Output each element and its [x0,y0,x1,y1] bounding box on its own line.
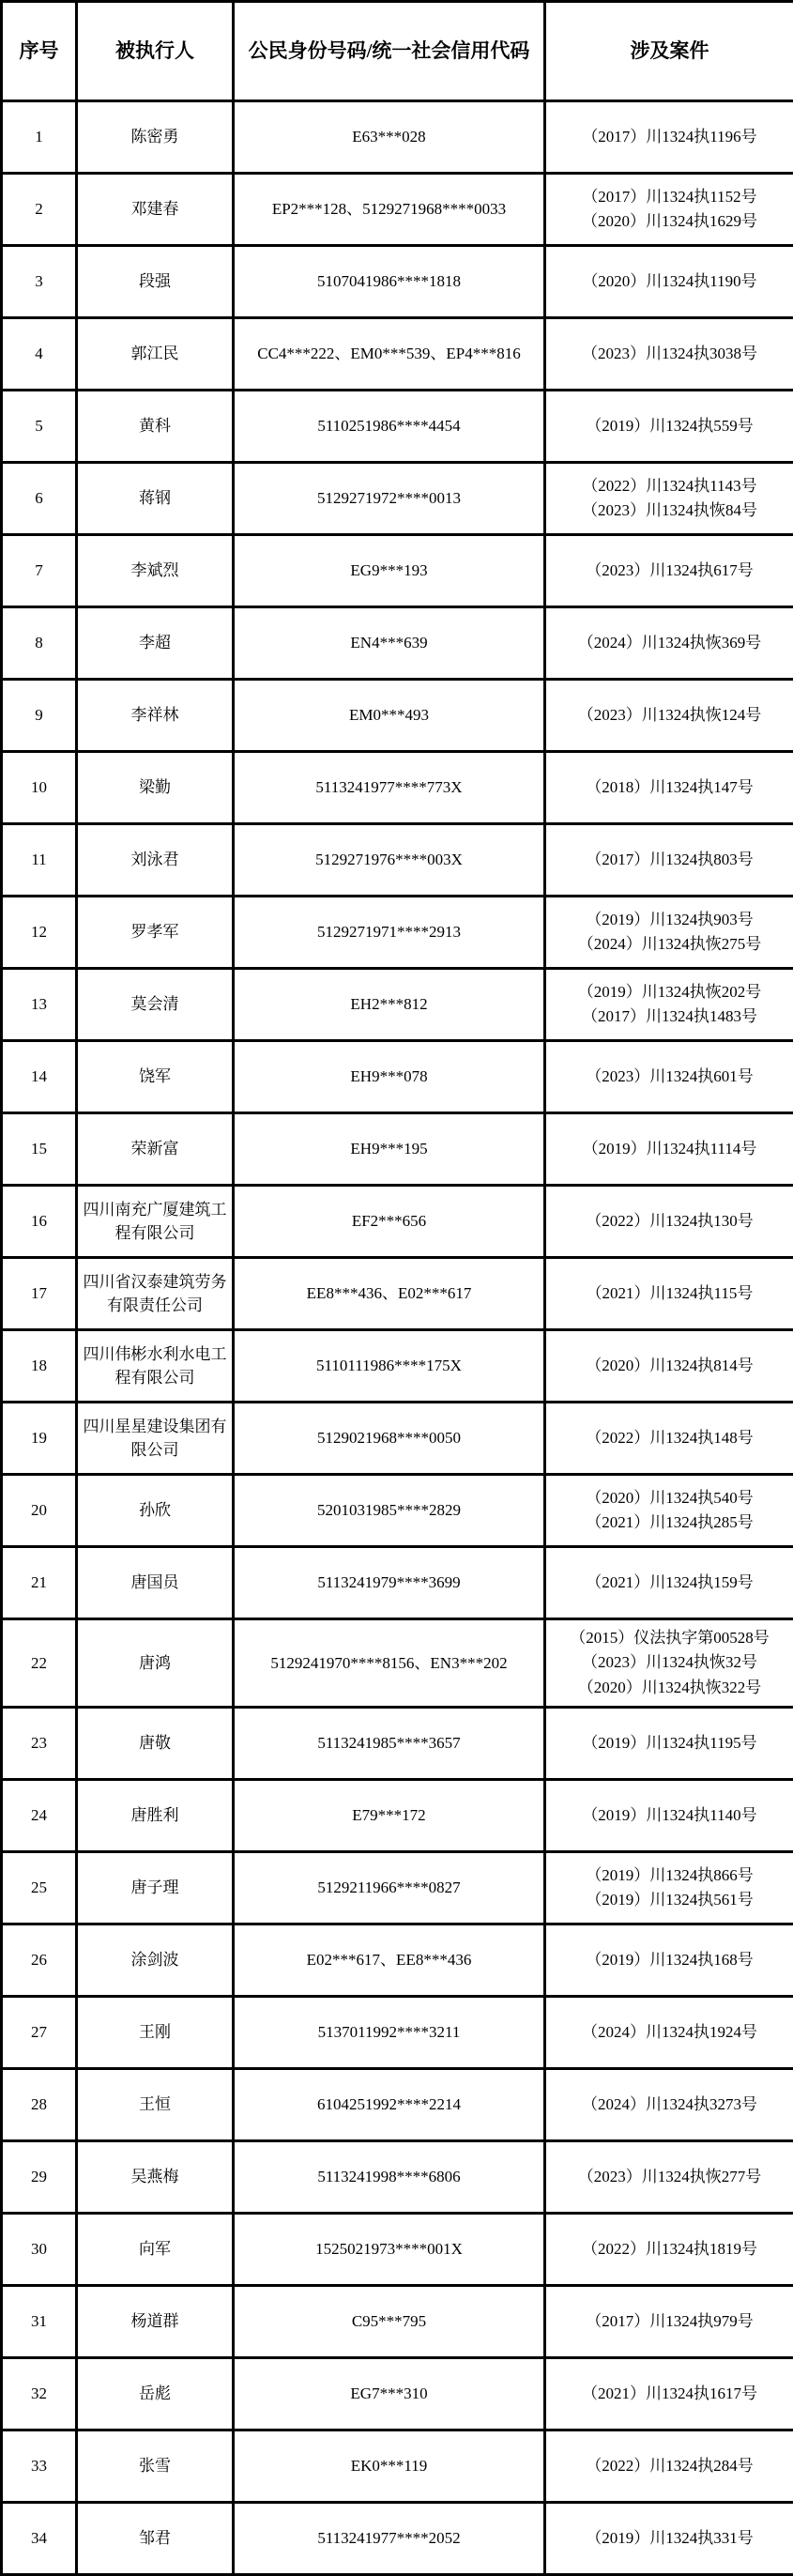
table-row: 1陈密勇E63***028（2017）川1324执1196号 [2,101,793,174]
case-numbers-cell: （2024）川1324执3273号 [545,2069,793,2141]
case-numbers-cell: （2017）川1324执979号 [545,2286,793,2358]
row-number-cell: 33 [2,2430,77,2503]
debtor-name-cell: 李祥林 [77,680,234,752]
case-number: （2020）川1324执恢322号 [550,1676,789,1700]
debtor-name-cell: 四川省汉泰建筑劳务有限责任公司 [77,1258,234,1330]
debtor-name-cell: 吴燕梅 [77,2141,234,2214]
case-number: （2022）川1324执148号 [550,1426,789,1450]
debtor-name-cell: 唐敬 [77,1708,234,1780]
table-row: 13莫会清EH2***812（2019）川1324执恢202号（2017）川13… [2,969,793,1041]
debtor-name-cell: 岳彪 [77,2358,234,2430]
row-number-cell: 23 [2,1708,77,1780]
case-number: （2021）川1324执115号 [550,1281,789,1306]
table-row: 25唐子理5129211966****0827（2019）川1324执866号（… [2,1852,793,1924]
row-number-cell: 10 [2,752,77,824]
debtor-name-cell: 黄科 [77,391,234,463]
row-number-cell: 5 [2,391,77,463]
table-row: 3段强5107041986****1818（2020）川1324执1190号 [2,246,793,318]
case-numbers-cell: （2022）川1324执1819号 [545,2214,793,2286]
credit-code-cell: 5129271971****2913 [234,897,545,969]
row-number-cell: 27 [2,1997,77,2069]
table-row: 16四川南充广厦建筑工程有限公司EF2***656（2022）川1324执130… [2,1186,793,1258]
case-number: （2019）川1324执331号 [550,2526,789,2551]
row-number-cell: 20 [2,1475,77,1547]
table-row: 28王恒6104251992****2214（2024）川1324执3273号 [2,2069,793,2141]
credit-code-cell: EF2***656 [234,1186,545,1258]
debtor-name-cell: 涂剑波 [77,1924,234,1997]
debtor-name-cell: 罗孝军 [77,897,234,969]
case-numbers-cell: （2019）川1324执1140号 [545,1780,793,1852]
debtor-name-cell: 四川南充广厦建筑工程有限公司 [77,1186,234,1258]
credit-code-cell: EN4***639 [234,607,545,680]
credit-code-cell: 5137011992****3211 [234,1997,545,2069]
debtor-name-cell: 莫会清 [77,969,234,1041]
credit-code-cell: 5113241979****3699 [234,1547,545,1619]
row-number-cell: 3 [2,246,77,318]
case-numbers-cell: （2021）川1324执1617号 [545,2358,793,2430]
credit-code-cell: 5107041986****1818 [234,246,545,318]
debtor-name-cell: 杨道群 [77,2286,234,2358]
debtor-name-cell: 梁勤 [77,752,234,824]
case-numbers-cell: （2023）川1324执617号 [545,535,793,607]
case-numbers-cell: （2019）川1324执1114号 [545,1113,793,1186]
debtors-table: 序号 被执行人 公民身份号码/统一社会信用代码 涉及案件 1陈密勇E63***0… [0,0,793,2576]
table-row: 20孙欣5201031985****2829（2020）川1324执540号（2… [2,1475,793,1547]
table-row: 34邹君5113241977****2052（2019）川1324执331号 [2,2503,793,2575]
case-number: （2023）川1324执601号 [550,1065,789,1089]
case-numbers-cell: （2024）川1324执恢369号 [545,607,793,680]
table-row: 33张雪EK0***119（2022）川1324执284号 [2,2430,793,2503]
debtor-name-cell: 饶军 [77,1041,234,1113]
case-number: （2021）川1324执159号 [550,1571,789,1595]
case-number: （2019）川1324执559号 [550,414,789,438]
debtor-name-cell: 郭江民 [77,318,234,391]
case-number: （2022）川1324执1143号 [550,474,789,498]
row-number-cell: 18 [2,1330,77,1403]
row-number-cell: 14 [2,1041,77,1113]
debtor-name-cell: 唐子理 [77,1852,234,1924]
credit-code-cell: EH9***195 [234,1113,545,1186]
credit-code-cell: 5113241977****2052 [234,2503,545,2575]
case-numbers-cell: （2023）川1324执恢124号 [545,680,793,752]
credit-code-cell: EH9***078 [234,1041,545,1113]
case-number: （2023）川1324执3038号 [550,342,789,366]
row-number-cell: 7 [2,535,77,607]
case-number: （2019）川1324执1114号 [550,1137,789,1161]
debtor-name-cell: 孙欣 [77,1475,234,1547]
debtor-name-cell: 四川星星建设集团有限公司 [77,1403,234,1475]
row-number-cell: 13 [2,969,77,1041]
table-body: 1陈密勇E63***028（2017）川1324执1196号2邓建春EP2***… [2,101,793,2575]
case-number: （2023）川1324执恢32号 [550,1650,789,1675]
table-row: 8李超EN4***639（2024）川1324执恢369号 [2,607,793,680]
case-number: （2017）川1324执803号 [550,848,789,872]
table-row: 30向军1525021973****001X（2022）川1324执1819号 [2,2214,793,2286]
table-row: 31杨道群C95***795（2017）川1324执979号 [2,2286,793,2358]
table-row: 9李祥林EM0***493（2023）川1324执恢124号 [2,680,793,752]
case-number: （2019）川1324执1140号 [550,1803,789,1828]
table-row: 29吴燕梅5113241998****6806（2023）川1324执恢277号 [2,2141,793,2214]
table-row: 6蒋钢5129271972****0013（2022）川1324执1143号（2… [2,463,793,535]
case-number: （2019）川1324执1195号 [550,1731,789,1756]
credit-code-cell: EG7***310 [234,2358,545,2430]
row-number-cell: 1 [2,101,77,174]
case-number: （2019）川1324执903号 [550,908,789,932]
credit-code-cell: 5201031985****2829 [234,1475,545,1547]
table-row: 11刘泳君5129271976****003X（2017）川1324执803号 [2,824,793,897]
case-numbers-cell: （2019）川1324执559号 [545,391,793,463]
case-numbers-cell: （2024）川1324执1924号 [545,1997,793,2069]
case-numbers-cell: （2019）川1324执恢202号（2017）川1324执1483号 [545,969,793,1041]
row-number-cell: 11 [2,824,77,897]
case-number: （2020）川1324执814号 [550,1354,789,1378]
case-number: （2017）川1324执1152号 [550,185,789,209]
debtor-name-cell: 唐胜利 [77,1780,234,1852]
case-numbers-cell: （2020）川1324执540号（2021）川1324执285号 [545,1475,793,1547]
case-number: （2020）川1324执1629号 [550,209,789,234]
case-number: （2023）川1324执恢84号 [550,498,789,523]
row-number-cell: 21 [2,1547,77,1619]
table-row: 2邓建春EP2***128、5129271968****0033（2017）川1… [2,174,793,246]
row-number-cell: 24 [2,1780,77,1852]
case-numbers-cell: （2019）川1324执903号（2024）川1324执恢275号 [545,897,793,969]
case-number: （2024）川1324执恢369号 [550,631,789,655]
credit-code-cell: 5129021968****0050 [234,1403,545,1475]
credit-code-cell: EP2***128、5129271968****0033 [234,174,545,246]
table-row: 19四川星星建设集团有限公司5129021968****0050（2022）川1… [2,1403,793,1475]
case-number: （2019）川1324执168号 [550,1948,789,1972]
case-number: （2022）川1324执130号 [550,1209,789,1234]
table-row: 27王刚5137011992****3211（2024）川1324执1924号 [2,1997,793,2069]
case-number: （2020）川1324执540号 [550,1486,789,1510]
case-numbers-cell: （2023）川1324执恢277号 [545,2141,793,2214]
row-number-cell: 2 [2,174,77,246]
row-number-cell: 30 [2,2214,77,2286]
credit-code-cell: 5113241977****773X [234,752,545,824]
row-number-cell: 9 [2,680,77,752]
case-numbers-cell: （2023）川1324执601号 [545,1041,793,1113]
case-number: （2023）川1324执617号 [550,559,789,583]
row-number-cell: 6 [2,463,77,535]
case-number: （2023）川1324执恢277号 [550,2165,789,2189]
case-numbers-cell: （2021）川1324执159号 [545,1547,793,1619]
row-number-cell: 26 [2,1924,77,1997]
case-numbers-cell: （2019）川1324执168号 [545,1924,793,1997]
case-numbers-cell: （2019）川1324执1195号 [545,1708,793,1780]
debtor-name-cell: 张雪 [77,2430,234,2503]
case-numbers-cell: （2022）川1324执284号 [545,2430,793,2503]
credit-code-cell: E02***617、EE8***436 [234,1924,545,1997]
table-row: 26涂剑波E02***617、EE8***436（2019）川1324执168号 [2,1924,793,1997]
debtor-name-cell: 蒋钢 [77,463,234,535]
row-number-cell: 31 [2,2286,77,2358]
case-number: （2017）川1324执1196号 [550,125,789,149]
row-number-cell: 25 [2,1852,77,1924]
case-number: （2021）川1324执285号 [550,1510,789,1535]
row-number-cell: 29 [2,2141,77,2214]
credit-code-cell: 5129271976****003X [234,824,545,897]
table-row: 7李斌烈EG9***193（2023）川1324执617号 [2,535,793,607]
case-number: （2023）川1324执恢124号 [550,703,789,728]
table-row: 5黄科5110251986****4454（2019）川1324执559号 [2,391,793,463]
credit-code-cell: E63***028 [234,101,545,174]
debtor-name-cell: 荣新富 [77,1113,234,1186]
table-row: 32岳彪EG7***310（2021）川1324执1617号 [2,2358,793,2430]
table-row: 12罗孝军5129271971****2913（2019）川1324执903号（… [2,897,793,969]
case-numbers-cell: （2022）川1324执148号 [545,1403,793,1475]
row-number-cell: 32 [2,2358,77,2430]
row-number-cell: 28 [2,2069,77,2141]
case-number: （2017）川1324执979号 [550,2309,789,2334]
debtor-name-cell: 唐国员 [77,1547,234,1619]
case-numbers-cell: （2015）仪法执字第00528号（2023）川1324执恢32号（2020）川… [545,1619,793,1708]
debtor-name-cell: 李斌烈 [77,535,234,607]
debtor-name-cell: 四川伟彬水利水电工程有限公司 [77,1330,234,1403]
case-number: （2024）川1324执3273号 [550,2093,789,2117]
table-row: 15荣新富EH9***195（2019）川1324执1114号 [2,1113,793,1186]
case-numbers-cell: （2018）川1324执147号 [545,752,793,824]
case-number: （2024）川1324执1924号 [550,2020,789,2045]
table-row: 4郭江民CC4***222、EM0***539、EP4***816（2023）川… [2,318,793,391]
case-numbers-cell: （2023）川1324执3038号 [545,318,793,391]
case-numbers-cell: （2017）川1324执1196号 [545,101,793,174]
debtor-name-cell: 段强 [77,246,234,318]
row-number-cell: 4 [2,318,77,391]
case-number: （2019）川1324执866号 [550,1863,789,1888]
case-numbers-cell: （2021）川1324执115号 [545,1258,793,1330]
credit-code-cell: 1525021973****001X [234,2214,545,2286]
header-row: 序号 被执行人 公民身份号码/统一社会信用代码 涉及案件 [2,2,793,101]
debtor-name-cell: 邹君 [77,2503,234,2575]
credit-code-cell: EH2***812 [234,969,545,1041]
table-row: 18四川伟彬水利水电工程有限公司5110111986****175X（2020）… [2,1330,793,1403]
table-row: 23唐敬5113241985****3657（2019）川1324执1195号 [2,1708,793,1780]
table-row: 17四川省汉泰建筑劳务有限责任公司EE8***436、E02***617（202… [2,1258,793,1330]
col-header-credit-code: 公民身份号码/统一社会信用代码 [234,2,545,101]
credit-code-cell: 5110251986****4454 [234,391,545,463]
credit-code-cell: 5113241985****3657 [234,1708,545,1780]
case-number: （2022）川1324执284号 [550,2454,789,2478]
col-header-debtor-name: 被执行人 [77,2,234,101]
case-numbers-cell: （2017）川1324执1152号（2020）川1324执1629号 [545,174,793,246]
debtor-name-cell: 李超 [77,607,234,680]
debtor-name-cell: 邓建春 [77,174,234,246]
credit-code-cell: EG9***193 [234,535,545,607]
debtor-name-cell: 王恒 [77,2069,234,2141]
case-numbers-cell: （2020）川1324执1190号 [545,246,793,318]
debtor-name-cell: 唐鸿 [77,1619,234,1708]
table-row: 24唐胜利E79***172（2019）川1324执1140号 [2,1780,793,1852]
col-header-serial-number: 序号 [2,2,77,101]
col-header-related-cases: 涉及案件 [545,2,793,101]
case-number: （2022）川1324执1819号 [550,2237,789,2262]
case-number: （2017）川1324执1483号 [550,1004,789,1029]
row-number-cell: 17 [2,1258,77,1330]
case-numbers-cell: （2019）川1324执331号 [545,2503,793,2575]
case-number: （2015）仪法执字第00528号 [550,1626,789,1650]
table-row: 21唐国员5113241979****3699（2021）川1324执159号 [2,1547,793,1619]
credit-code-cell: 5129271972****0013 [234,463,545,535]
row-number-cell: 19 [2,1403,77,1475]
credit-code-cell: EK0***119 [234,2430,545,2503]
debtor-name-cell: 向军 [77,2214,234,2286]
credit-code-cell: C95***795 [234,2286,545,2358]
row-number-cell: 34 [2,2503,77,2575]
case-number: （2020）川1324执1190号 [550,269,789,294]
case-number: （2018）川1324执147号 [550,775,789,800]
credit-code-cell: EM0***493 [234,680,545,752]
case-numbers-cell: （2022）川1324执1143号（2023）川1324执恢84号 [545,463,793,535]
row-number-cell: 22 [2,1619,77,1708]
credit-code-cell: EE8***436、E02***617 [234,1258,545,1330]
case-number: （2021）川1324执1617号 [550,2382,789,2406]
row-number-cell: 8 [2,607,77,680]
credit-code-cell: 6104251992****2214 [234,2069,545,2141]
case-numbers-cell: （2017）川1324执803号 [545,824,793,897]
case-numbers-cell: （2019）川1324执866号（2019）川1324执561号 [545,1852,793,1924]
credit-code-cell: 5113241998****6806 [234,2141,545,2214]
table-row: 22唐鸿5129241970****8156、EN3***202（2015）仪法… [2,1619,793,1708]
credit-code-cell: 5129241970****8156、EN3***202 [234,1619,545,1708]
credit-code-cell: 5110111986****175X [234,1330,545,1403]
case-numbers-cell: （2020）川1324执814号 [545,1330,793,1403]
table-row: 14饶军EH9***078（2023）川1324执601号 [2,1041,793,1113]
debtor-name-cell: 陈密勇 [77,101,234,174]
credit-code-cell: 5129211966****0827 [234,1852,545,1924]
table-row: 10梁勤5113241977****773X（2018）川1324执147号 [2,752,793,824]
row-number-cell: 15 [2,1113,77,1186]
row-number-cell: 16 [2,1186,77,1258]
credit-code-cell: E79***172 [234,1780,545,1852]
row-number-cell: 12 [2,897,77,969]
debtor-name-cell: 王刚 [77,1997,234,2069]
case-number: （2019）川1324执561号 [550,1888,789,1912]
case-number: （2024）川1324执恢275号 [550,932,789,957]
case-numbers-cell: （2022）川1324执130号 [545,1186,793,1258]
debtor-name-cell: 刘泳君 [77,824,234,897]
case-number: （2019）川1324执恢202号 [550,980,789,1004]
credit-code-cell: CC4***222、EM0***539、EP4***816 [234,318,545,391]
